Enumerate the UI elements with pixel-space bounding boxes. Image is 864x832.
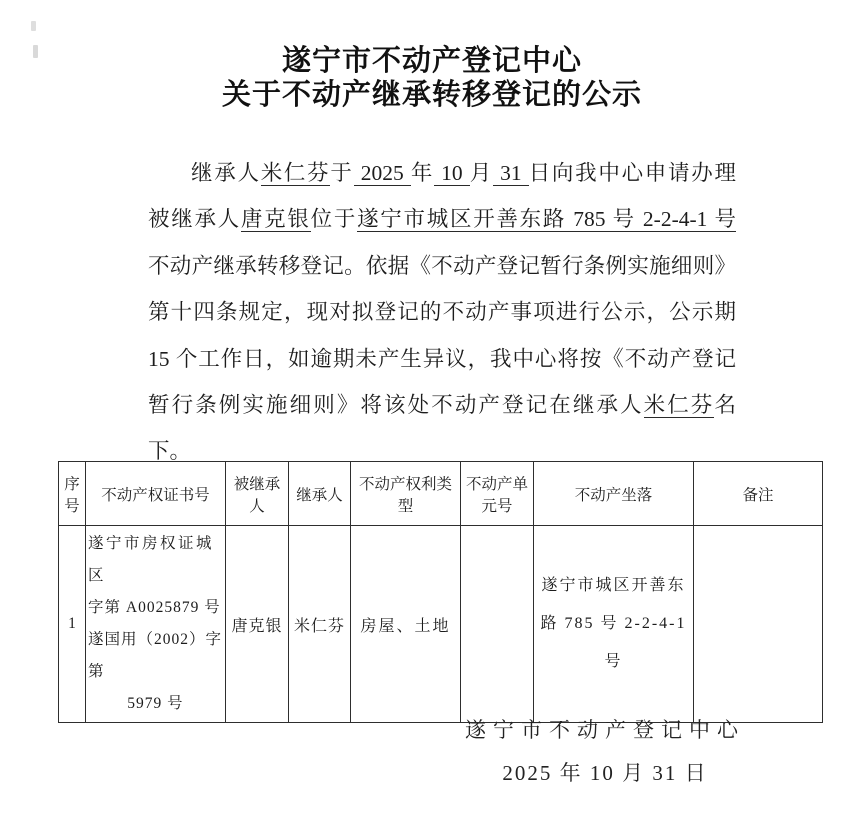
cell-cert-no: 遂宁市房权证城区 字第 A0025879 号 遂国用（2002）字第 5979 … bbox=[86, 526, 226, 723]
col-header-decedent: 被继承人 bbox=[226, 462, 289, 526]
body-text: 被继承人 bbox=[148, 207, 241, 231]
body-text: 于 bbox=[330, 161, 353, 185]
body-line-3: 不动产继承转移登记。依据《不动产登记暂行条例实施细则》 bbox=[148, 243, 736, 289]
col-header-unit-no: 不动产单元号 bbox=[461, 462, 534, 526]
body-line-4: 第十四条规定，现对拟登记的不动产事项进行公示，公示期 bbox=[148, 289, 736, 335]
scan-artifact bbox=[31, 21, 36, 31]
underlined-year: 2025 bbox=[354, 161, 411, 186]
signature-org: 遂宁市不动产登记中心 bbox=[425, 714, 785, 744]
body-line-6: 暂行条例实施细则》将该处不动产登记在继承人米仁芬名 bbox=[148, 382, 736, 428]
cell-remark bbox=[694, 526, 823, 723]
cell-decedent: 唐克银 bbox=[226, 526, 289, 723]
document-title: 遂宁市不动产登记中心 关于不动产继承转移登记的公示 bbox=[0, 44, 864, 112]
col-header-seq: 序号 bbox=[59, 462, 86, 526]
underlined-decedent-name: 唐克银 bbox=[241, 207, 311, 232]
body-line-1: 继承人米仁芬于 2025 年 10 月 31 日向我中心申请办理 bbox=[148, 150, 736, 196]
notice-body: 继承人米仁芬于 2025 年 10 月 31 日向我中心申请办理 被继承人唐克银… bbox=[148, 150, 736, 475]
cert-line: 遂国用（2002）字第 bbox=[88, 624, 223, 688]
col-header-location: 不动产坐落 bbox=[534, 462, 694, 526]
body-text: 日向我中心申请办理 bbox=[529, 161, 736, 185]
body-line-5: 15 个工作日，如逾期未产生异议，我中心将按《不动产登记 bbox=[148, 336, 736, 382]
cell-heir: 米仁芬 bbox=[289, 526, 351, 723]
title-line-2: 关于不动产继承转移登记的公示 bbox=[0, 78, 864, 112]
registration-table: 序号 不动产权证书号 被继承人 继承人 不动产权利类型 不动产单元号 不动产坐落… bbox=[58, 461, 823, 723]
col-header-heir: 继承人 bbox=[289, 462, 351, 526]
signature-date: 2025 年 10 月 31 日 bbox=[425, 757, 785, 787]
cert-line: 字第 A0025879 号 bbox=[88, 592, 223, 624]
title-line-1: 遂宁市不动产登记中心 bbox=[0, 44, 864, 78]
notice-document-page: 遂宁市不动产登记中心 关于不动产继承转移登记的公示 继承人米仁芬于 2025 年… bbox=[0, 0, 864, 832]
cell-location: 遂宁市城区开善东 路 785 号 2-2-4-1 号 bbox=[534, 526, 694, 723]
body-text: 年 bbox=[411, 161, 434, 185]
table-header-row: 序号 不动产权证书号 被继承人 继承人 不动产权利类型 不动产单元号 不动产坐落… bbox=[59, 462, 823, 526]
cell-unit-no bbox=[461, 526, 534, 723]
underlined-heir-name: 米仁芬 bbox=[644, 393, 715, 418]
col-header-remark: 备注 bbox=[694, 462, 823, 526]
underlined-heir-name: 米仁芬 bbox=[261, 161, 331, 186]
cert-line: 5979 号 bbox=[88, 688, 223, 720]
body-text: 名 bbox=[714, 393, 736, 417]
cell-right-type: 房屋、土地 bbox=[351, 526, 461, 723]
col-header-right-type: 不动产权利类型 bbox=[351, 462, 461, 526]
col-header-cert-no: 不动产权证书号 bbox=[86, 462, 226, 526]
body-text: 月 bbox=[470, 161, 493, 185]
location-line: 路 785 号 2-2-4-1 号 bbox=[536, 605, 691, 681]
body-text: 继承人 bbox=[191, 161, 261, 185]
location-line: 遂宁市城区开善东 bbox=[536, 567, 691, 605]
table-row: 1 遂宁市房权证城区 字第 A0025879 号 遂国用（2002）字第 597… bbox=[59, 526, 823, 723]
underlined-day: 31 bbox=[493, 161, 529, 186]
cert-line: 遂宁市房权证城区 bbox=[88, 528, 223, 592]
cell-seq: 1 bbox=[59, 526, 86, 723]
body-text: 位于 bbox=[311, 207, 357, 231]
underlined-property-address: 遂宁市城区开善东路 785 号 2-2-4-1 号 bbox=[357, 207, 736, 232]
body-text: 暂行条例实施细则》将该处不动产登记在继承人 bbox=[148, 393, 644, 417]
underlined-month: 10 bbox=[434, 161, 470, 186]
body-line-2: 被继承人唐克银位于遂宁市城区开善东路 785 号 2-2-4-1 号 bbox=[148, 196, 736, 242]
